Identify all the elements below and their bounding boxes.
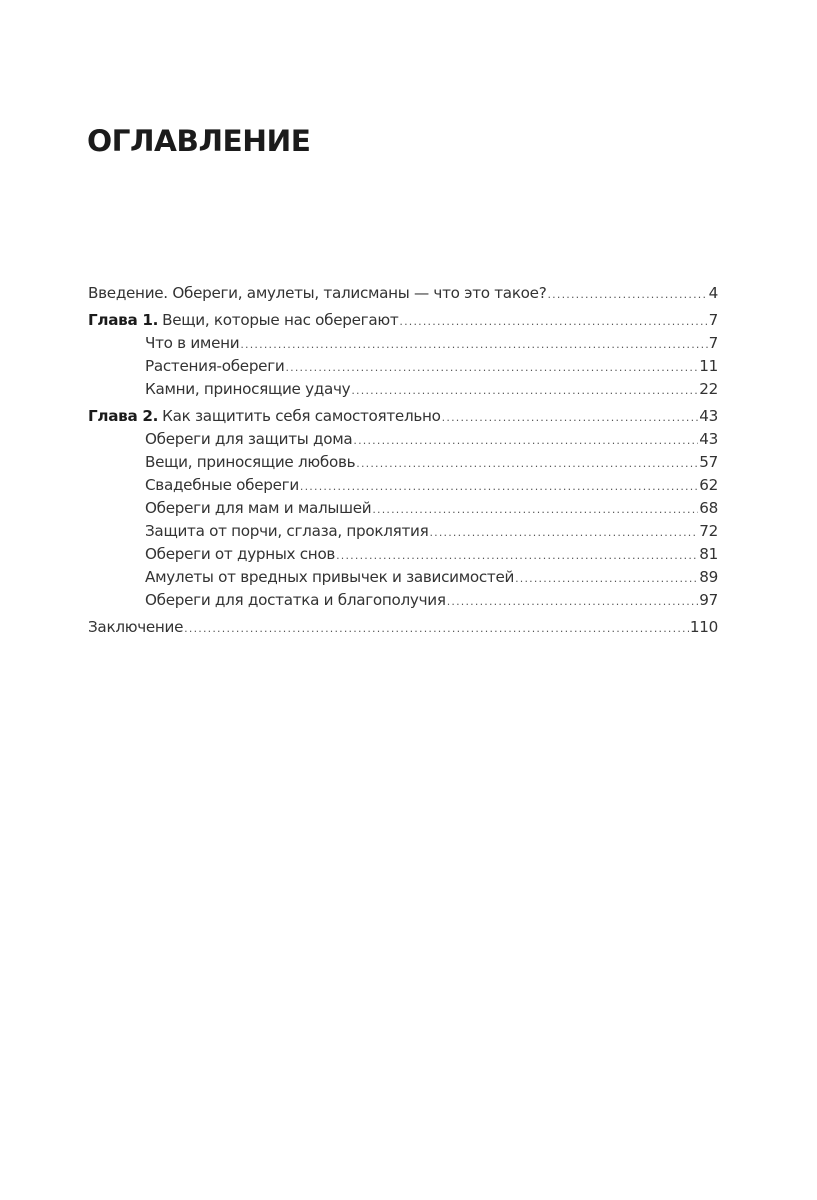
toc-entry-introduction[interactable]: Введение. Обереги, амулеты, талисманы — … — [88, 282, 718, 305]
toc-entry-chapter-1[interactable]: Глава 1. Вещи, которые нас оберегают 7 — [88, 309, 718, 332]
toc-page-number: 68 — [699, 497, 718, 520]
toc-page-number: 7 — [709, 309, 718, 332]
toc-page-number: 81 — [699, 543, 718, 566]
leader-dots — [399, 310, 707, 333]
leader-dots — [356, 452, 698, 475]
toc-page-number: 110 — [690, 616, 718, 639]
toc-page-number: 43 — [699, 405, 718, 428]
leader-dots — [285, 356, 698, 379]
leader-dots — [240, 333, 707, 356]
toc-entry[interactable]: Что в имени 7 — [88, 332, 718, 355]
toc-entry-text: Обереги от дурных снов — [145, 543, 335, 566]
toc-page-number: 4 — [709, 282, 718, 305]
toc-page-number: 43 — [699, 428, 718, 451]
leader-dots — [300, 475, 698, 498]
toc-entry-text: Растения-обереги — [145, 355, 284, 378]
toc-entry-text: Камни, приносящие удачу — [145, 378, 350, 401]
toc-page-number: 89 — [699, 566, 718, 589]
leader-dots — [547, 283, 707, 306]
leader-dots — [184, 617, 689, 640]
toc-page-number: 22 — [699, 378, 718, 401]
toc-entry-text: Обереги для мам и малышей — [145, 497, 371, 520]
chapter-label: Глава 2. — [88, 405, 158, 428]
leader-dots — [336, 544, 698, 567]
toc-entry-chapter-2[interactable]: Глава 2. Как защитить себя самостоятельн… — [88, 405, 718, 428]
toc-entry-text: Защита от порчи, сглаза, проклятия — [145, 520, 428, 543]
toc-page-number: 57 — [699, 451, 718, 474]
table-of-contents: Введение. Обереги, амулеты, талисманы — … — [88, 282, 718, 639]
toc-entry-text: Заключение — [88, 616, 183, 639]
leader-dots — [372, 498, 698, 521]
toc-entry[interactable]: Амулеты от вредных привычек и зависимост… — [88, 566, 718, 589]
toc-entry[interactable]: Защита от порчи, сглаза, проклятия 72 — [88, 520, 718, 543]
toc-page-number: 72 — [699, 520, 718, 543]
toc-entry-text: Как защитить себя самостоятельно — [162, 405, 441, 428]
toc-entry[interactable]: Вещи, приносящие любовь 57 — [88, 451, 718, 474]
toc-entry[interactable]: Обереги от дурных снов 81 — [88, 543, 718, 566]
toc-entry-text: Амулеты от вредных привычек и зависимост… — [145, 566, 514, 589]
toc-entry[interactable]: Обереги для мам и малышей 68 — [88, 497, 718, 520]
toc-entry[interactable]: Обереги для защиты дома 43 — [88, 428, 718, 451]
toc-page-number: 62 — [699, 474, 718, 497]
toc-entry-text: Введение. Обереги, амулеты, талисманы — … — [88, 282, 546, 305]
toc-entry[interactable]: Свадебные обереги 62 — [88, 474, 718, 497]
toc-page-number: 97 — [699, 589, 718, 612]
toc-entry-text: Свадебные обереги — [145, 474, 299, 497]
toc-entry-text: Что в имени — [145, 332, 239, 355]
leader-dots — [353, 429, 698, 452]
toc-entry-text: Обереги для защиты дома — [145, 428, 352, 451]
leader-dots — [515, 567, 698, 590]
toc-page-number: 11 — [699, 355, 718, 378]
toc-page-number: 7 — [709, 332, 718, 355]
toc-entry-conclusion[interactable]: Заключение 110 — [88, 616, 718, 639]
toc-entry-text: Вещи, которые нас оберегают — [162, 309, 398, 332]
toc-entry-text: Вещи, приносящие любовь — [145, 451, 355, 474]
toc-entry-text: Обереги для достатка и благополучия — [145, 589, 446, 612]
leader-dots — [429, 521, 698, 544]
leader-dots — [442, 406, 699, 429]
page-title: ОГЛАВЛЕНИЕ — [87, 124, 310, 158]
chapter-label: Глава 1. — [88, 309, 158, 332]
leader-dots — [447, 590, 699, 613]
leader-dots — [351, 379, 698, 402]
toc-entry[interactable]: Растения-обереги 11 — [88, 355, 718, 378]
toc-entry[interactable]: Камни, приносящие удачу 22 — [88, 378, 718, 401]
toc-entry[interactable]: Обереги для достатка и благополучия 97 — [88, 589, 718, 612]
